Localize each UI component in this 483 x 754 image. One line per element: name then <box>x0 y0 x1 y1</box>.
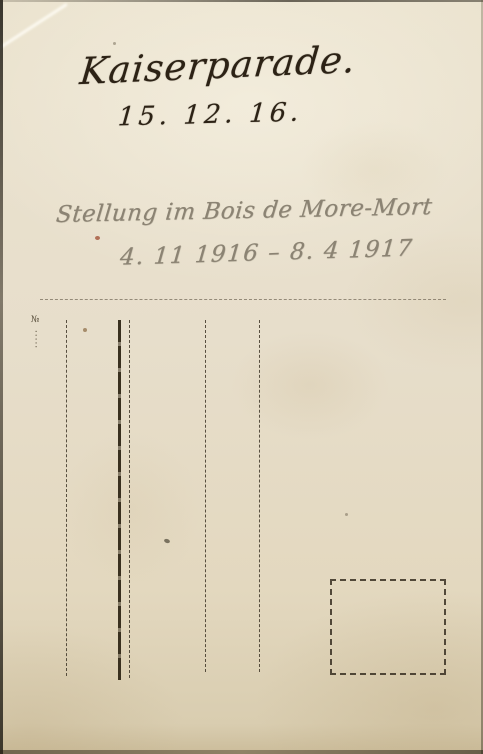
paper-stain-blotch <box>230 330 390 440</box>
printed-border-line <box>40 299 446 300</box>
stamp-box <box>330 579 446 675</box>
paper-speck <box>345 513 348 516</box>
corner-crease-mark <box>0 3 68 52</box>
printed-number-mark: № ····· <box>30 315 40 351</box>
paper-speck <box>95 236 100 240</box>
card-edge-bottom <box>0 750 483 754</box>
printed-divider-line <box>118 320 121 680</box>
paper-speck <box>163 538 170 544</box>
printed-address-line-4 <box>259 320 260 672</box>
card-edge-top <box>0 0 483 2</box>
postcard-back-scan: Kaiserparade. 15. 12. 16. Stellung im Bo… <box>0 0 483 754</box>
printed-address-line-3 <box>205 320 206 672</box>
handwritten-date: 15. 12. 16. <box>117 98 304 133</box>
pencil-note-location: Stellung im Bois de More-Mort <box>55 194 434 228</box>
printed-address-line-1 <box>66 320 67 676</box>
pencil-note-daterange: 4. 11 1916 – 8. 4 1917 <box>119 235 414 270</box>
printed-address-line-2 <box>129 320 130 678</box>
paper-speck <box>83 328 87 332</box>
handwritten-title: Kaiserparade. <box>78 38 358 93</box>
paper-stain-blotch <box>60 430 200 590</box>
paper-speck <box>113 42 116 45</box>
card-edge-left <box>0 0 3 754</box>
